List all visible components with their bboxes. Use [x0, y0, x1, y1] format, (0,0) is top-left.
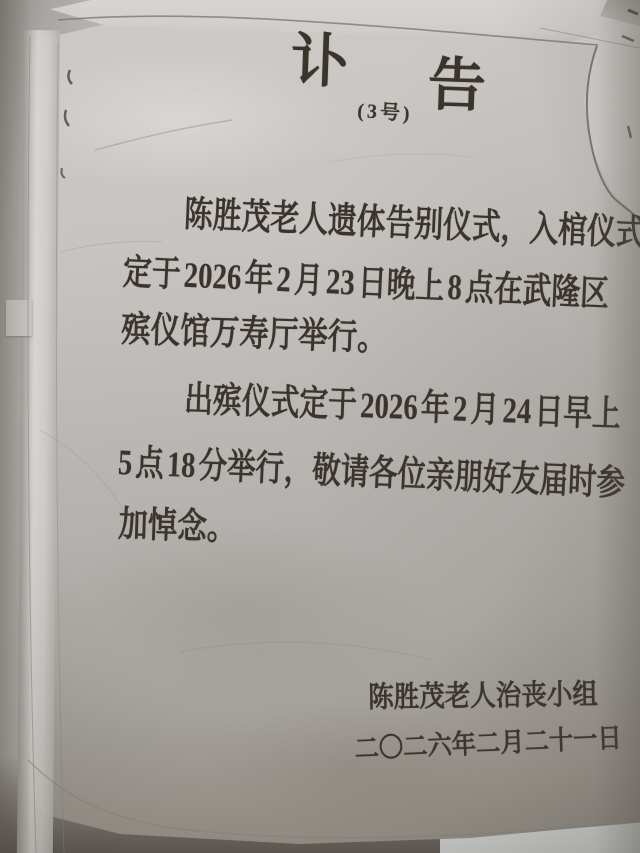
notice-signature: 陈胜茂老人治丧小组 — [368, 679, 598, 716]
photo-of-funeral-notice: 14 7 讣 告 (3号) 陈胜茂老人遗体告别仪式，入棺仪 — [0, 0, 640, 853]
left-paper-tab — [6, 300, 32, 336]
left-paper-fold — [17, 30, 60, 853]
notice-title-char-2: 告 — [427, 52, 487, 121]
notice-issue-number: (3号) — [357, 100, 414, 126]
paragraph2-line3: 加悼念。 — [118, 504, 237, 549]
notice-title-char-1: 讣 — [290, 28, 350, 97]
